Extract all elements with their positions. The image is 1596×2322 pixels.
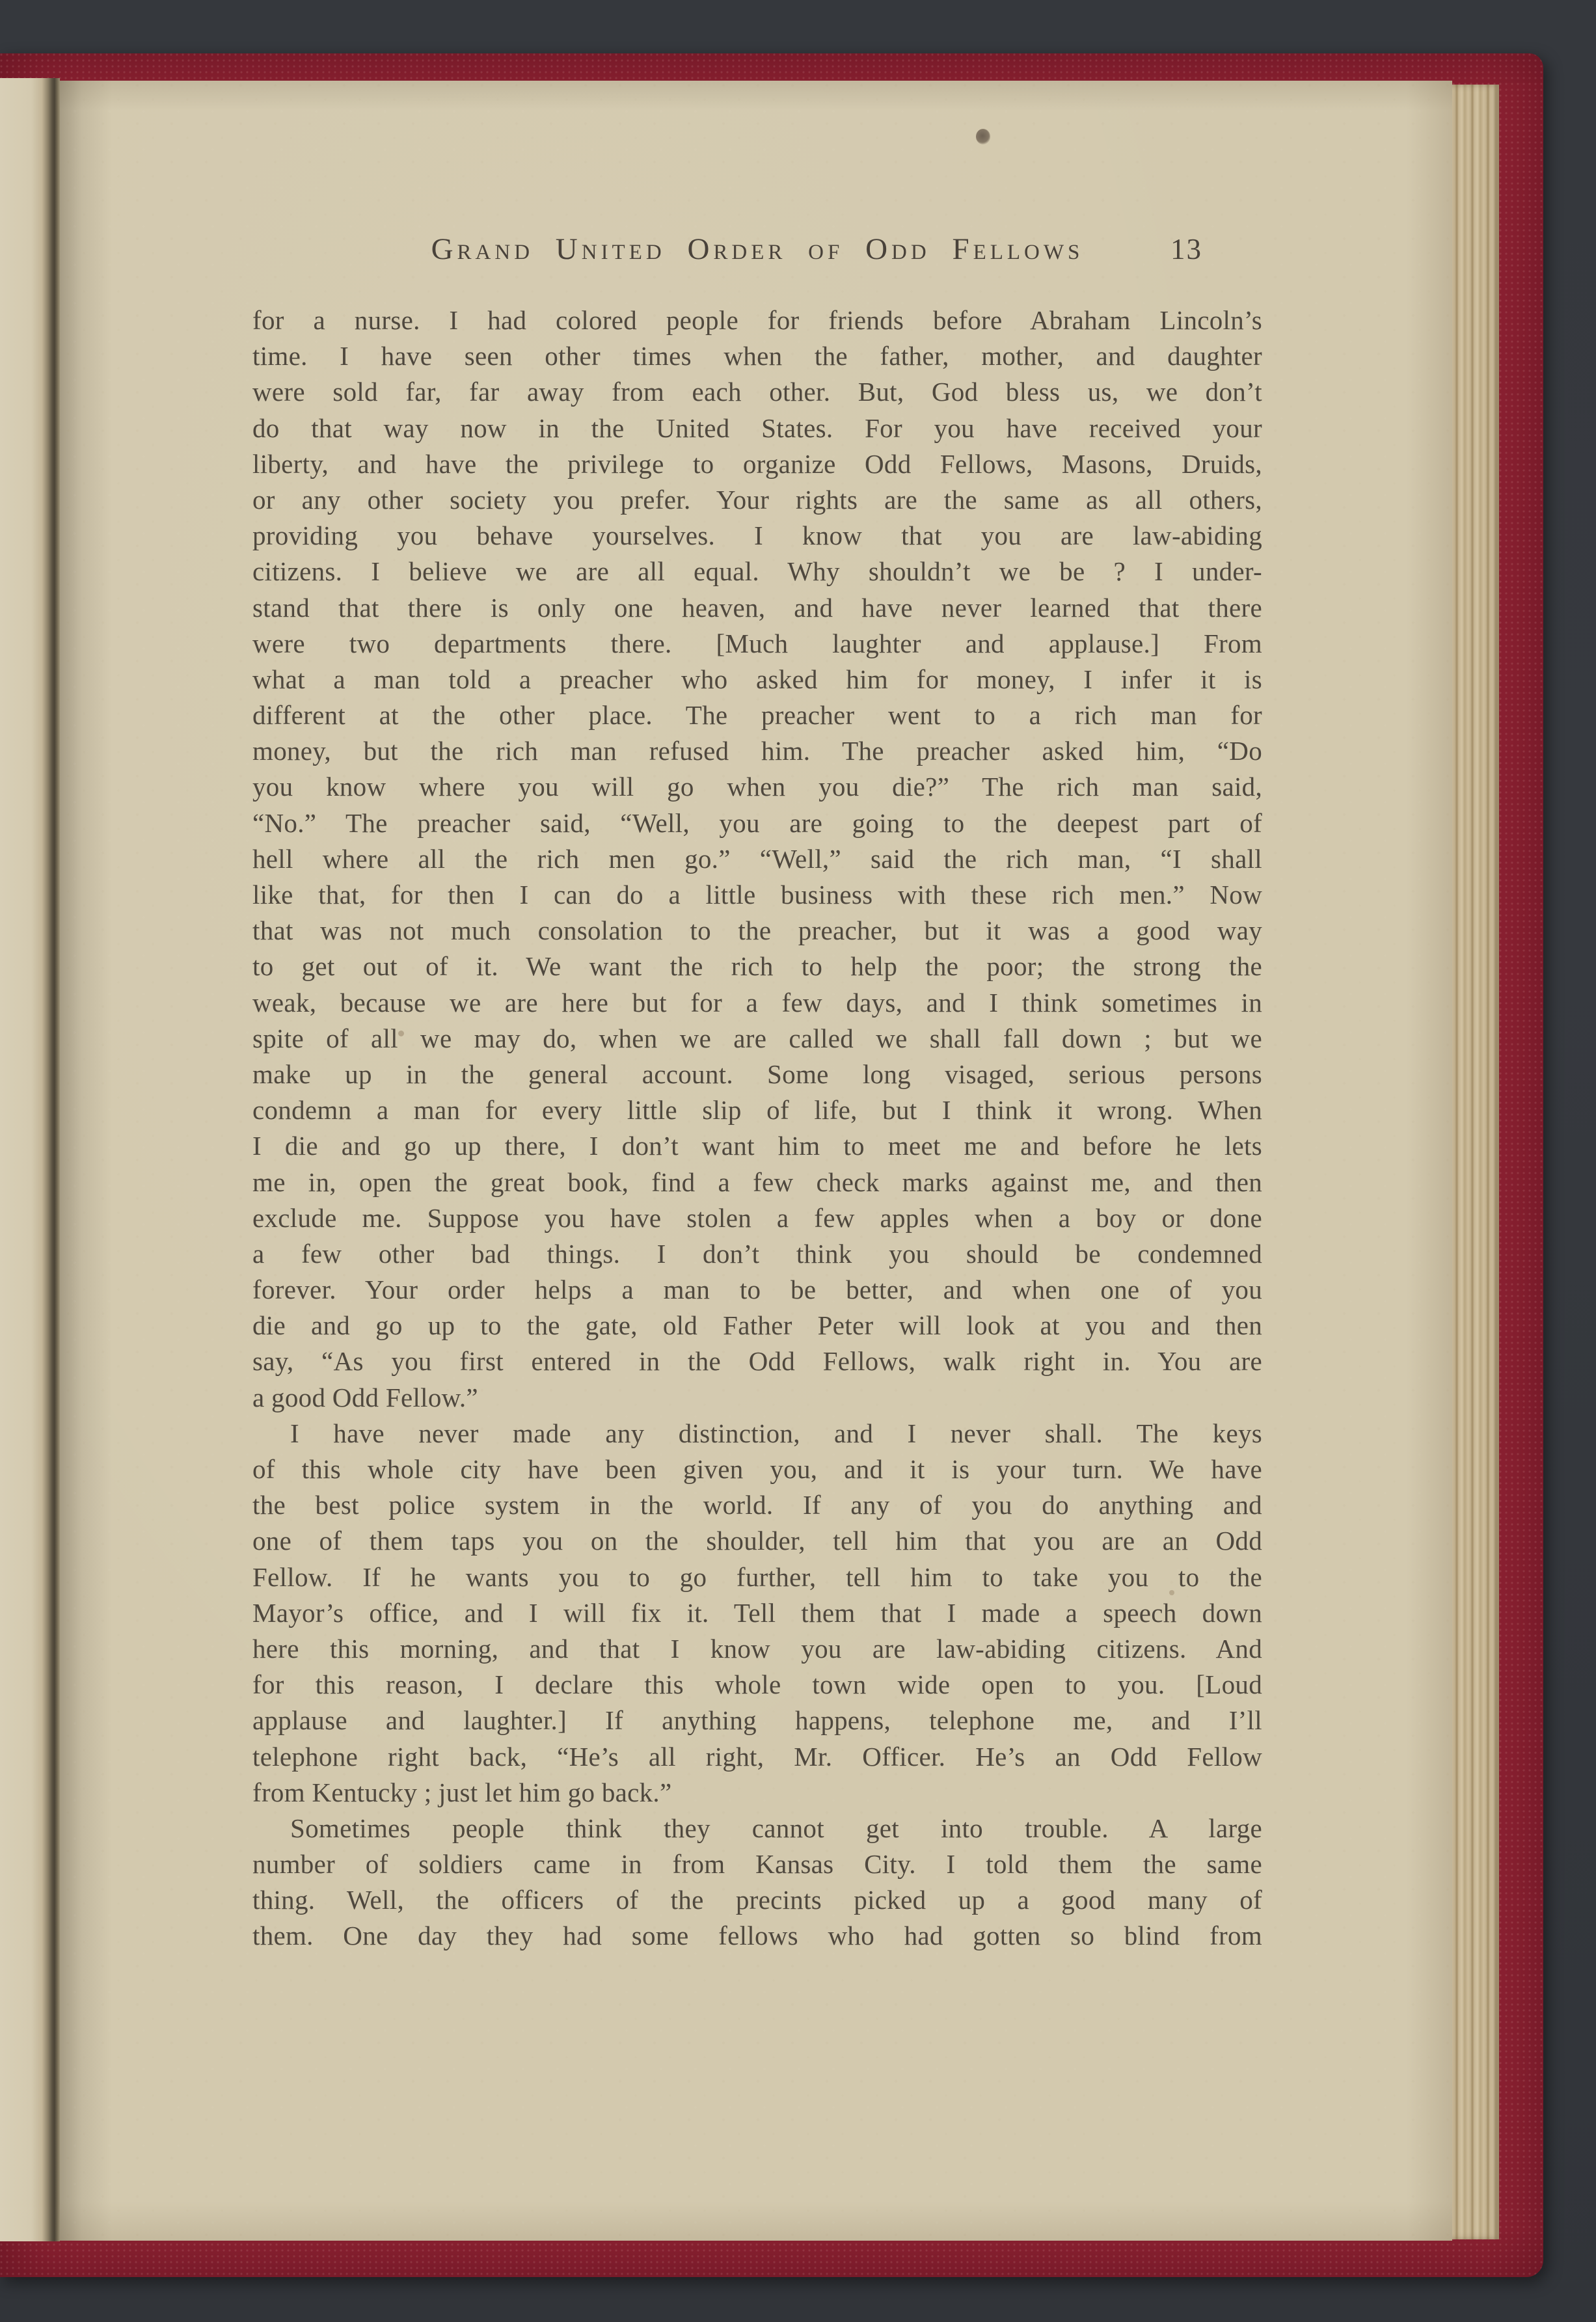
text-line: the best police system in the world. If … xyxy=(252,1487,1262,1523)
text-line: them. One day they had some fellows who … xyxy=(252,1918,1262,1954)
text-line: make up in the general account. Some lon… xyxy=(252,1057,1262,1092)
text-line: I have never made any distinction, and I… xyxy=(252,1416,1262,1451)
text-line: weak, because we are here but for a few … xyxy=(252,985,1262,1021)
text-line: were two departments there. [Much laught… xyxy=(252,626,1262,662)
text-line: one of them taps you on the shoulder, te… xyxy=(252,1523,1262,1559)
text-line: do that way now in the United States. Fo… xyxy=(252,411,1262,446)
paragraph: for a nurse. I had colored people for fr… xyxy=(252,303,1262,1416)
facing-page-edge xyxy=(0,78,60,2241)
page-title: Grand United Order of Odd Fellows xyxy=(252,229,1262,269)
text-line: number of soldiers came in from Kansas C… xyxy=(252,1846,1262,1882)
text-line: thing. Well, the officers of the precint… xyxy=(252,1882,1262,1918)
paper-speck xyxy=(976,129,990,144)
text-line: a good Odd Fellow.” xyxy=(252,1380,1262,1416)
text-line: were sold far, far away from each other.… xyxy=(252,374,1262,410)
book-page: Grand United Order of Odd Fellows 13 for… xyxy=(60,81,1452,2241)
paragraph: Sometimes people think they cannot get i… xyxy=(252,1811,1262,1954)
text-line: to get out of it. We want the rich to he… xyxy=(252,949,1262,984)
book-scan-stage: Grand United Order of Odd Fellows 13 for… xyxy=(0,0,1596,2322)
text-line: for this reason, I declare this whole to… xyxy=(252,1667,1262,1703)
text-line: for a nurse. I had colored people for fr… xyxy=(252,303,1262,338)
text-line: say, “As you first entered in the Odd Fe… xyxy=(252,1343,1262,1379)
text-line: what a man told a preacher who asked him… xyxy=(252,662,1262,697)
text-line: here this morning, and that I know you a… xyxy=(252,1631,1262,1667)
text-line: hell where all the rich men go.” “Well,”… xyxy=(252,841,1262,877)
text-line: money, but the rich man refused him. The… xyxy=(252,733,1262,769)
text-line: from Kentucky ; just let him go back.” xyxy=(252,1775,1262,1811)
text-line: forever. Your order helps a man to be be… xyxy=(252,1272,1262,1308)
text-line: die and go up to the gate, old Father Pe… xyxy=(252,1308,1262,1343)
text-line: spite of all we may do, when we are call… xyxy=(252,1021,1262,1057)
text-line: “No.” The preacher said, “Well, you are … xyxy=(252,805,1262,841)
text-line: I die and go up there, I don’t want him … xyxy=(252,1128,1262,1164)
text-line: citizens. I believe we are all equal. Wh… xyxy=(252,554,1262,589)
page-number: 13 xyxy=(1170,229,1202,269)
text-line: condemn a man for every little slip of l… xyxy=(252,1092,1262,1128)
text-line: Fellow. If he wants you to go further, t… xyxy=(252,1559,1262,1595)
text-line: stand that there is only one heaven, and… xyxy=(252,590,1262,626)
text-line: liberty, and have the privilege to organ… xyxy=(252,446,1262,482)
text-line: exclude me. Suppose you have stolen a fe… xyxy=(252,1200,1262,1236)
text-line: providing you behave yourselves. I know … xyxy=(252,518,1262,554)
text-line: different at the other place. The preach… xyxy=(252,697,1262,733)
text-line: you know where you will go when you die?… xyxy=(252,769,1262,805)
text-line: like that, for then I can do a little bu… xyxy=(252,877,1262,913)
text-line: me in, open the great book, find a few c… xyxy=(252,1165,1262,1200)
text-line: applause and laughter.] If anything happ… xyxy=(252,1703,1262,1738)
page-stack-fore-edge xyxy=(1452,85,1499,2239)
text-line: Mayor’s office, and I will fix it. Tell … xyxy=(252,1595,1262,1631)
text-line: of this whole city have been given you, … xyxy=(252,1451,1262,1487)
text-line: that was not much consolation to the pre… xyxy=(252,913,1262,949)
text-line: a few other bad things. I don’t think yo… xyxy=(252,1236,1262,1272)
running-head: Grand United Order of Odd Fellows 13 xyxy=(252,229,1262,269)
text-block: for a nurse. I had colored people for fr… xyxy=(252,303,1262,1954)
text-line: or any other society you prefer. Your ri… xyxy=(252,482,1262,518)
text-line: time. I have seen other times when the f… xyxy=(252,338,1262,374)
text-line: Sometimes people think they cannot get i… xyxy=(252,1811,1262,1846)
text-line: telephone right back, “He’s all right, M… xyxy=(252,1739,1262,1775)
paragraph: I have never made any distinction, and I… xyxy=(252,1416,1262,1811)
